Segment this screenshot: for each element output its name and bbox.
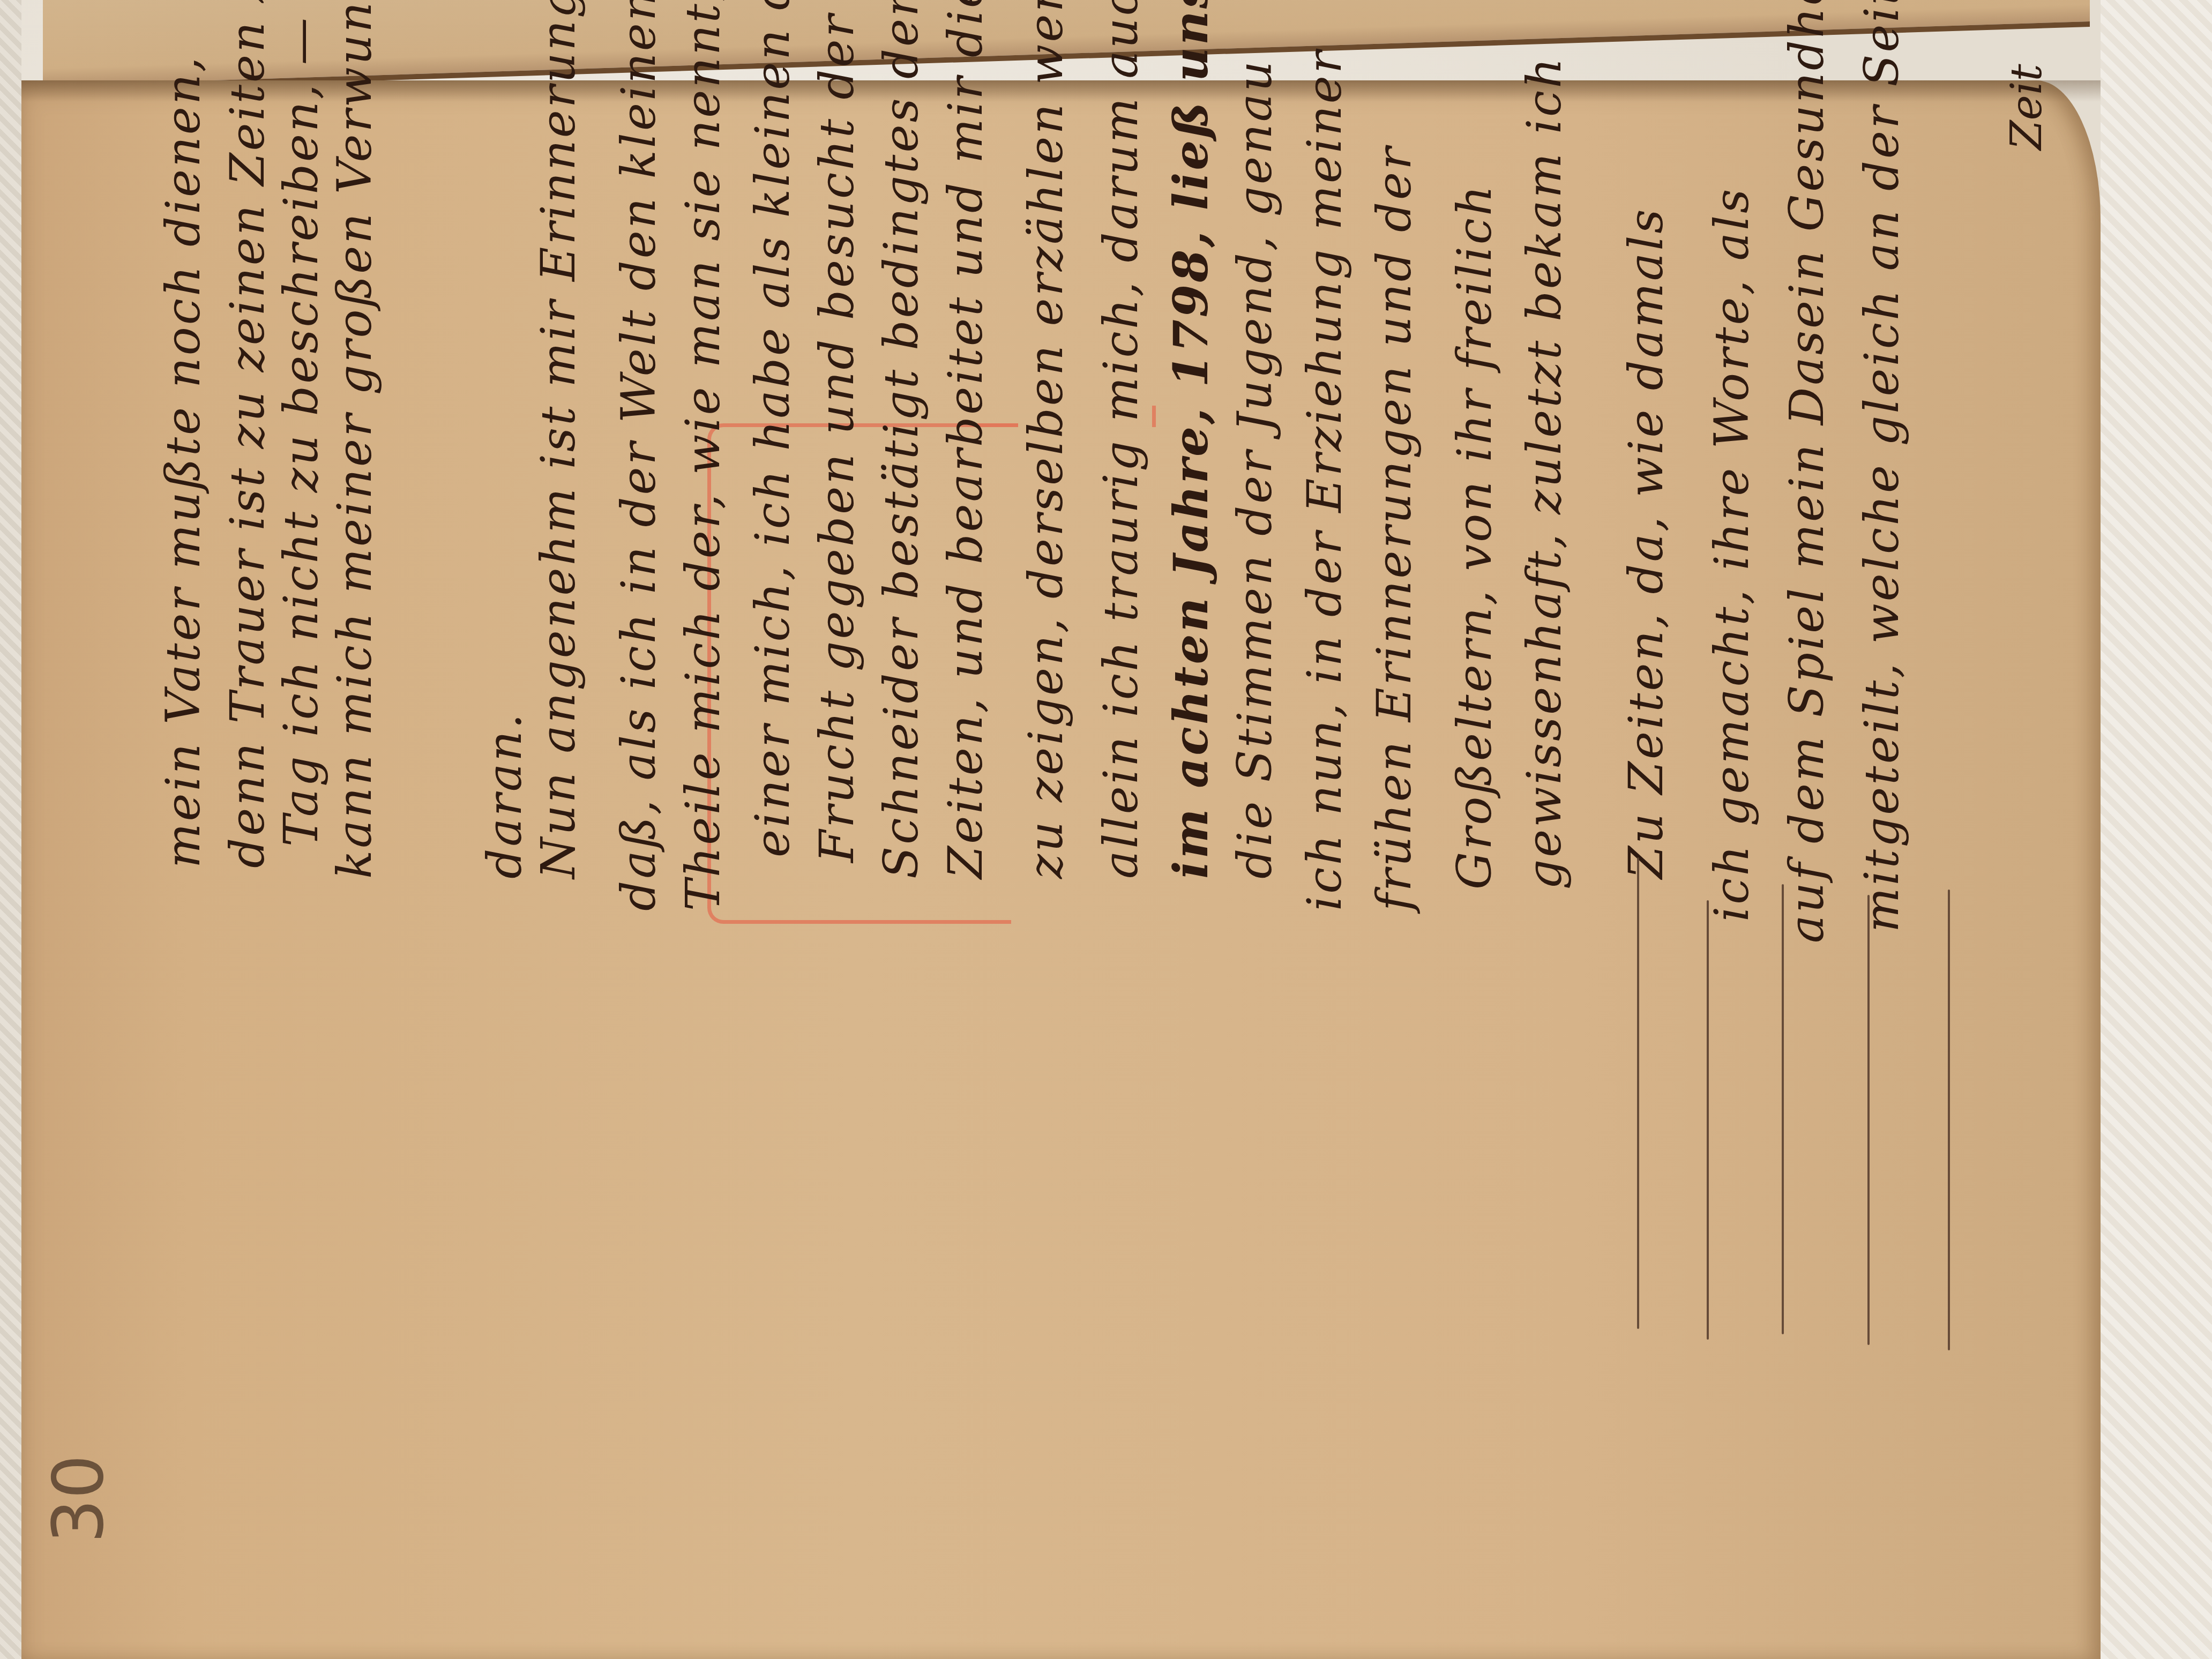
page-number: 30 bbox=[38, 1455, 119, 1543]
text-line: Zu Zeiten, da, wie damals bbox=[1618, 207, 1673, 879]
text-line: gewissenhaft, zuletzt bekam ich bbox=[1516, 56, 1572, 890]
text-line: die Stimmen der Jugend, genau bbox=[1227, 59, 1282, 879]
text-line: ich nun, in der Erziehung meiner bbox=[1297, 49, 1352, 911]
text-line: Zeiten, und bearbeitet und mir die Seite… bbox=[938, 0, 993, 879]
text-line: allein ich traurig mich, darum auch bbox=[1093, 0, 1148, 879]
line-filler-stroke bbox=[1867, 895, 1870, 1345]
background-knit-right bbox=[2101, 0, 2212, 1659]
text-line: ich gemacht, ihre Worte, als bbox=[1704, 187, 1759, 922]
text-line: Theile mich der, wie man sie nennt, bbox=[675, 0, 730, 911]
text-line: mein Vater mußte noch dienen, bbox=[155, 55, 211, 868]
text-line: daran. bbox=[477, 712, 532, 879]
text-line: Nun angenehm ist mir Erinnerung, bbox=[530, 0, 586, 879]
text-line: kann mich meiner großen Verwunderung bbox=[327, 0, 382, 879]
catchword: Zeit bbox=[2001, 64, 2051, 150]
text-line: Tag ich nicht zu beschreiben, — und ich bbox=[273, 0, 328, 847]
text-line: zu zeigen, derselben erzählen werden, bbox=[1018, 0, 1073, 879]
text-line: Großeltern, von ihr freilich bbox=[1447, 183, 1502, 890]
text-line: einer mich, ich habe als kleinen die bbox=[745, 0, 800, 857]
text-line: auf dem Spiel mein Dasein Gesundheit bbox=[1779, 0, 1834, 943]
line-filler-stroke bbox=[1637, 857, 1639, 1329]
background-knit-left bbox=[0, 0, 21, 1659]
line-filler-stroke bbox=[1782, 884, 1784, 1334]
text-line-dated: im achten Jahre, 1798, ließ uns bbox=[1163, 0, 1219, 879]
text-line: mitgeteilt, welche gleich an der Seite bbox=[1854, 0, 1909, 932]
text-line: daß, als ich in der Welt den kleinen bbox=[611, 0, 666, 911]
text-line: denn Trauer ist zu zeinen Zeiten zu bbox=[220, 0, 275, 868]
text-line: Frucht gegeben und besucht der bbox=[809, 12, 864, 863]
text-line: frühen Erinnerungen und der bbox=[1366, 145, 1422, 911]
line-filler-stroke bbox=[1948, 890, 1950, 1350]
line-filler-stroke bbox=[1707, 900, 1709, 1340]
text-line: Schneider bestätigt bedingtes der bbox=[873, 0, 929, 879]
